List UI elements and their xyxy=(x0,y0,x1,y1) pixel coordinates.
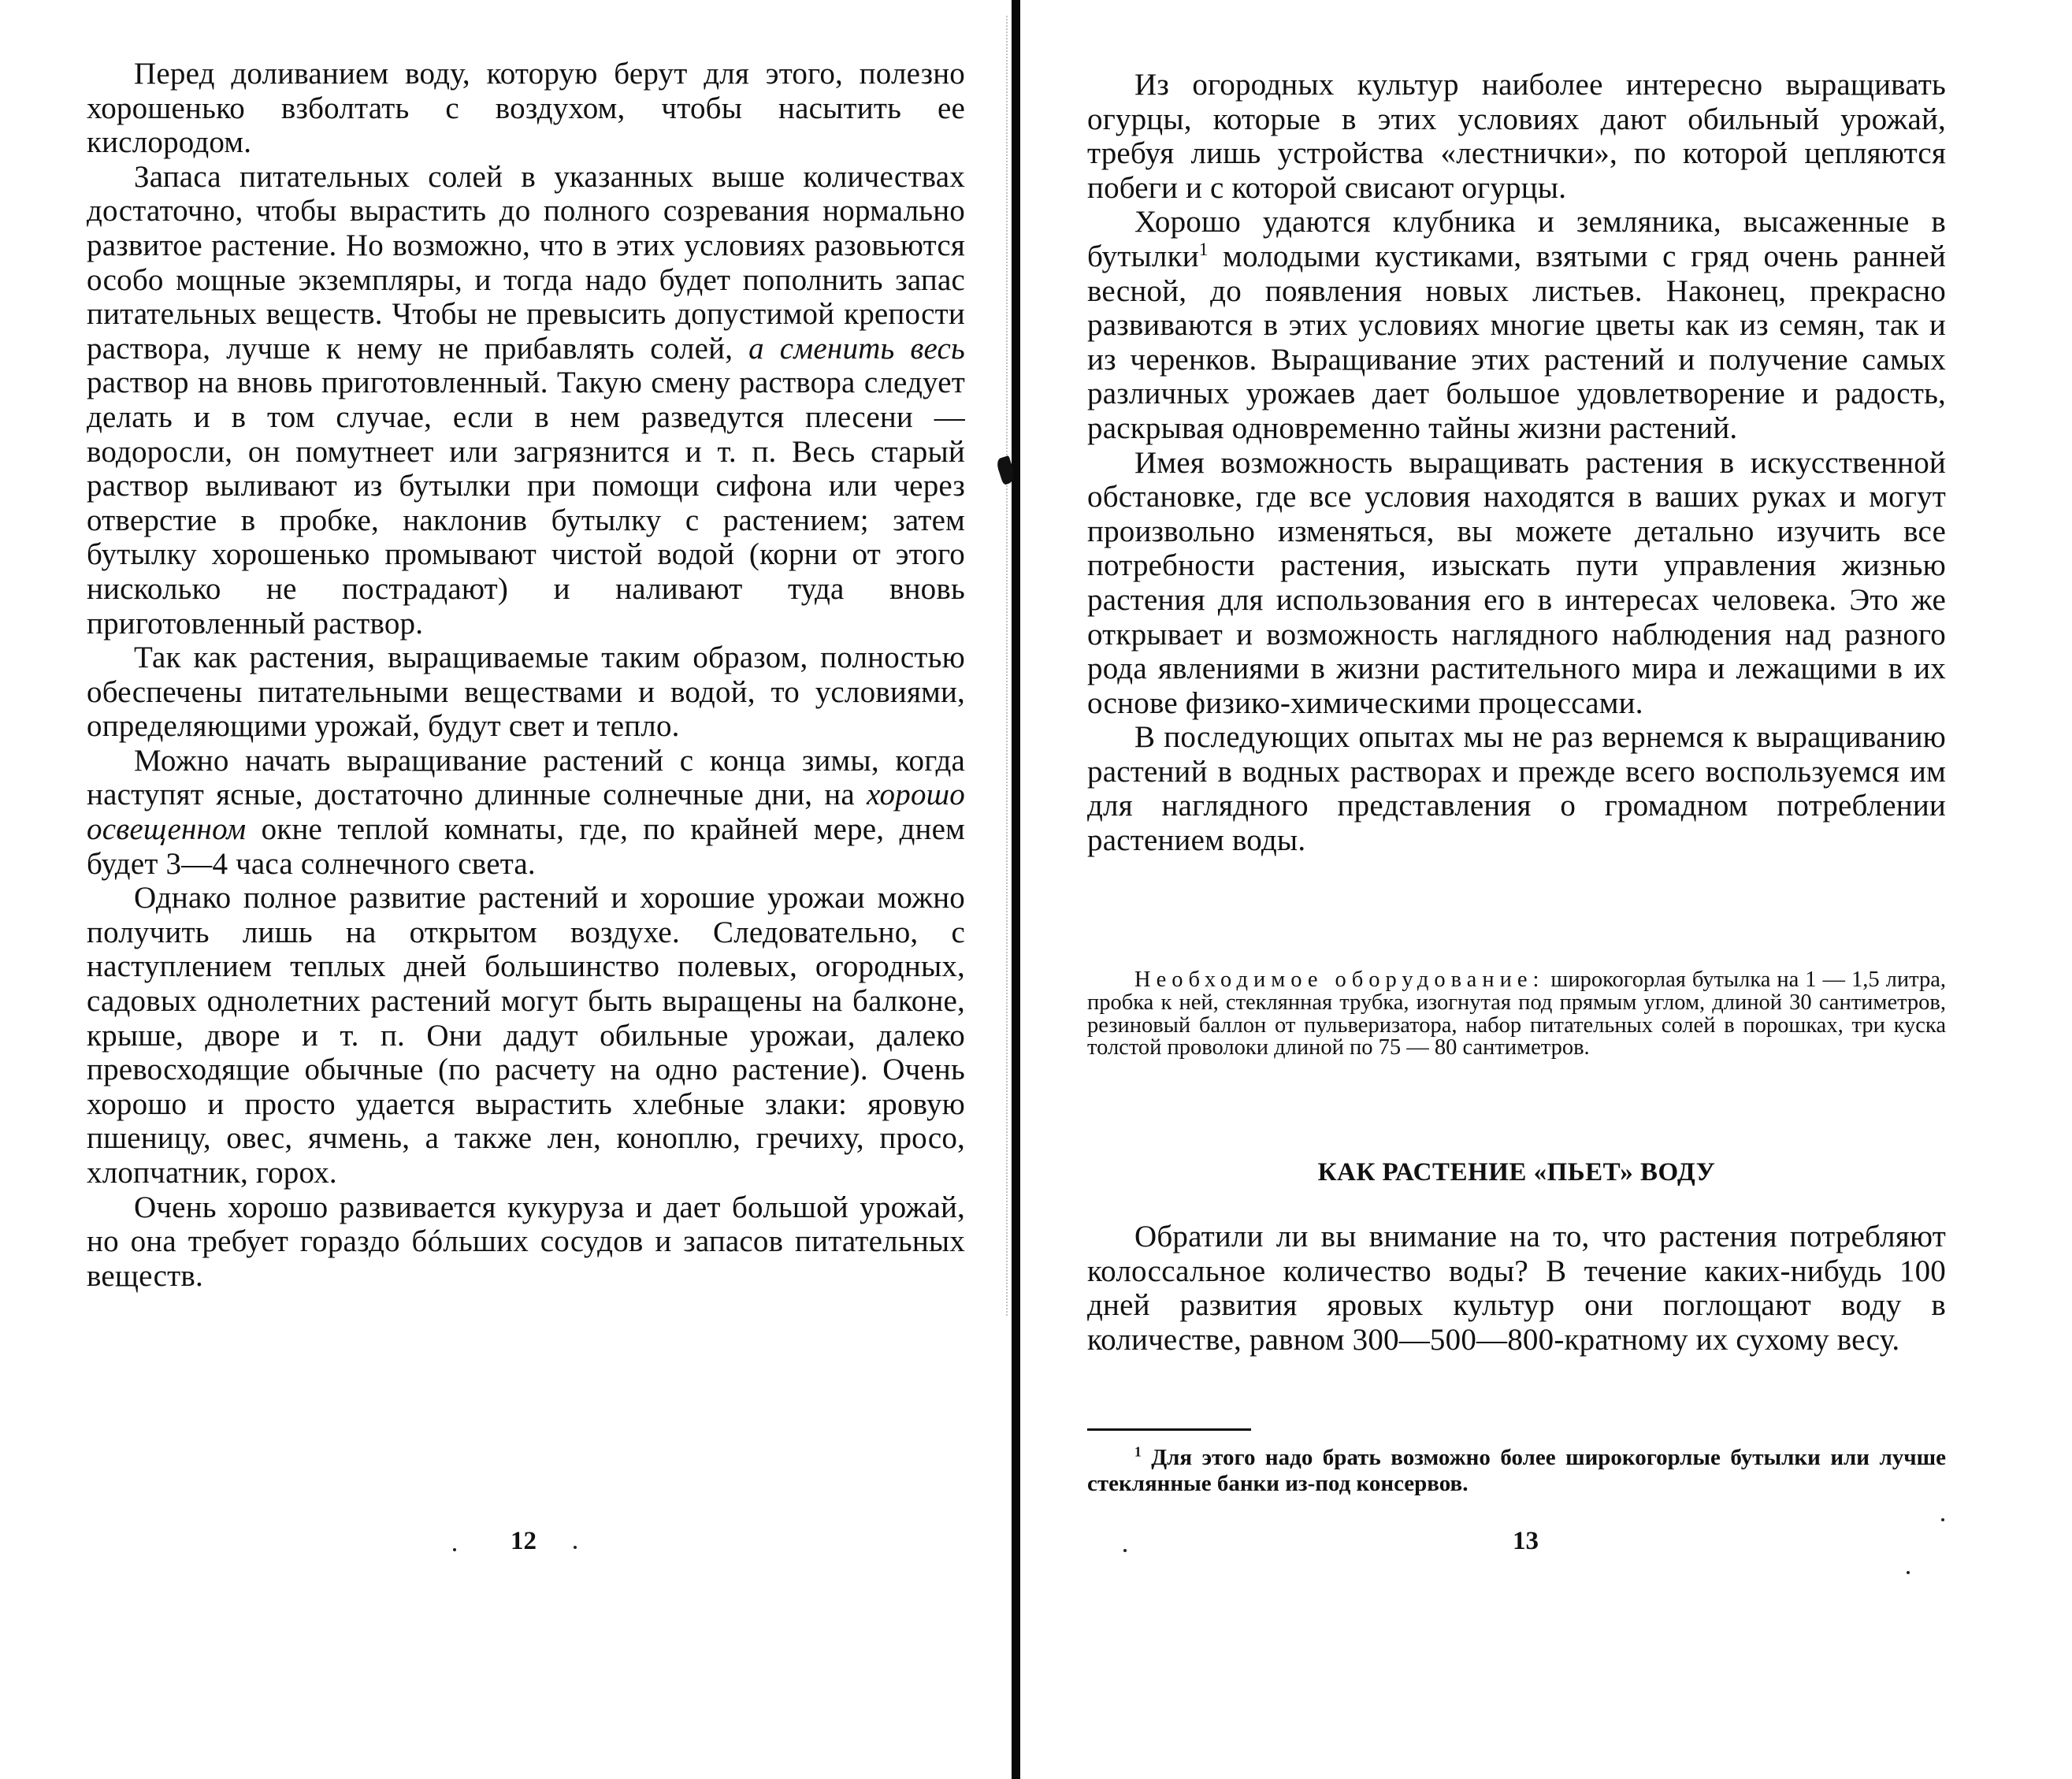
paragraph: Очень хорошо развивается кукуруза и дает… xyxy=(87,1190,965,1294)
section-body: Обратили ли вы внимание на то, что расте… xyxy=(1087,1220,1946,1357)
footnote-body: Для этого надо брать возможно более широ… xyxy=(1087,1445,1946,1496)
footnote-ref: 1 xyxy=(1199,240,1209,260)
text-run: Перед доливанием воду, которую берут для… xyxy=(87,57,965,159)
paragraph: Однако полное развитие растений и хороши… xyxy=(87,881,965,1190)
scan-speck xyxy=(574,1546,577,1549)
text-run: Можно начать выращивание растений с конц… xyxy=(87,744,965,812)
paragraph: Обратили ли вы внимание на то, что расте… xyxy=(1087,1220,1946,1357)
text-run: Однако полное развитие растений и хороши… xyxy=(87,881,965,1190)
page-number-left: 12 xyxy=(511,1527,537,1556)
paragraph: Запаса питательных солей в указанных выш… xyxy=(87,160,965,641)
paragraph: Так как растения, выращиваемые таким обр… xyxy=(87,641,965,744)
text-run: Обратили ли вы внимание на то, что расте… xyxy=(1087,1220,1946,1357)
scan-speck xyxy=(1123,1549,1127,1552)
scan-speck xyxy=(453,1548,456,1551)
scan-speck xyxy=(1941,1518,1944,1521)
page-number-right: 13 xyxy=(1513,1527,1539,1556)
gutter-shadow xyxy=(1006,16,1009,1316)
footnote-rule xyxy=(1087,1428,1251,1431)
text-run: В последующих опытах мы не раз вернемся … xyxy=(1087,720,1946,857)
equipment-note: Необходимое оборудование: широкогорлая б… xyxy=(1087,969,1946,1060)
paragraph: Имея возможность выращивать растения в и… xyxy=(1087,446,1946,721)
scan-speck xyxy=(1907,1571,1910,1574)
left-page-body: Перед доливанием воду, которую берут для… xyxy=(87,57,965,1293)
equipment-label: Необходимое оборудование: xyxy=(1134,967,1544,992)
text-run: раствор на вновь приготовленный. Такую с… xyxy=(87,366,965,640)
text-run: Так как растения, выращиваемые таким обр… xyxy=(87,641,965,743)
text-run: Имея возможность выращивать растения в и… xyxy=(1087,446,1946,720)
footnote-text: 1 Для этого надо брать возможно более ши… xyxy=(1087,1445,1946,1497)
section-heading: КАК РАСТЕНИЕ «ПЬЕТ» ВОДУ xyxy=(1087,1158,1946,1187)
paragraph: Из огородных культур наиболее интересно … xyxy=(1087,68,1946,205)
text-run: Очень хорошо развивается кукуруза и дает… xyxy=(87,1190,965,1293)
footnote: 1 Для этого надо брать возможно более ши… xyxy=(1087,1445,1946,1497)
text-run: Из огородных культур наиболее интересно … xyxy=(1087,68,1946,205)
paragraph: Можно начать выращивание растений с конц… xyxy=(87,744,965,881)
footnote-marker: 1 xyxy=(1134,1443,1142,1459)
paragraph: Хорошо удаются клубника и земляника, выс… xyxy=(1087,205,1946,445)
book-spine xyxy=(1012,0,1020,1779)
paragraph: Перед доливанием воду, которую берут для… xyxy=(87,57,965,160)
paragraph: В последующих опытах мы не раз вернемся … xyxy=(1087,720,1946,857)
text-run: молодыми кустиками, взятыми с гряд очень… xyxy=(1087,240,1946,445)
emphasis: а сменить весь xyxy=(748,332,965,366)
right-page-body: Из огородных культур наиболее интересно … xyxy=(1087,68,1946,858)
equipment-paragraph: Необходимое оборудование: широкогорлая б… xyxy=(1087,969,1946,1060)
